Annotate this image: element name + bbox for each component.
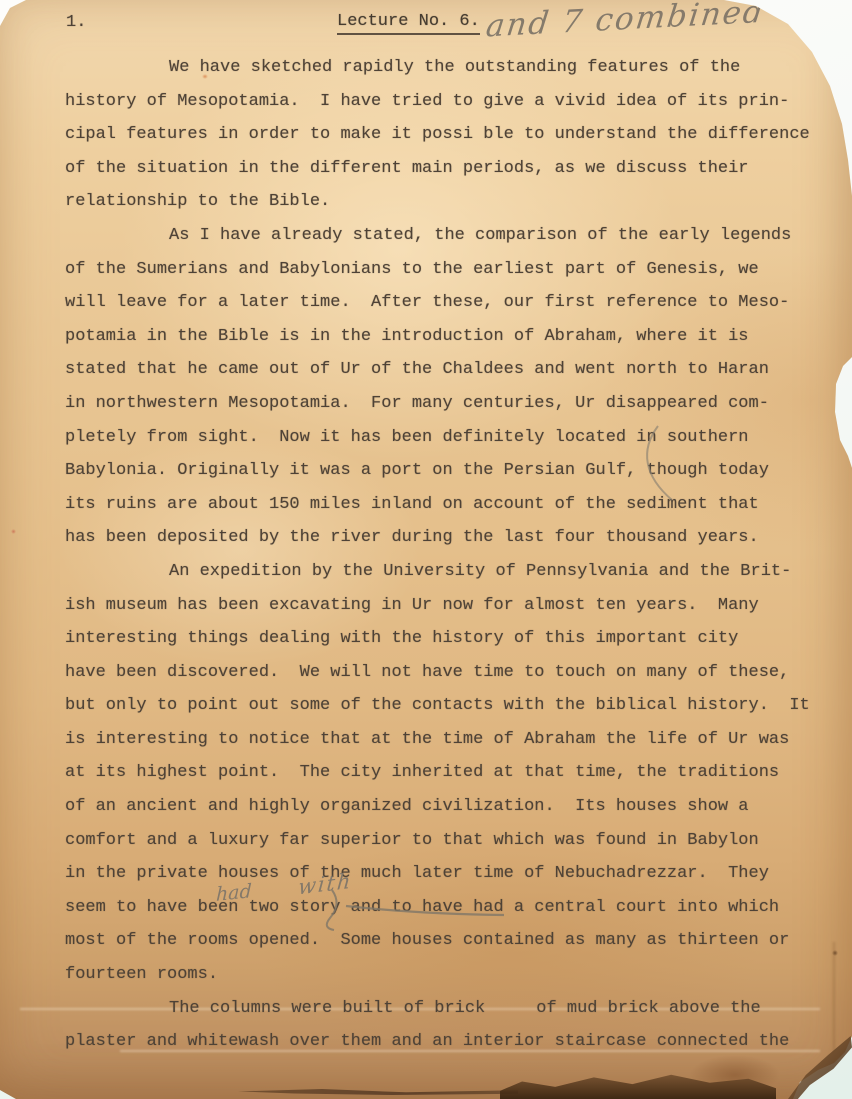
text-line: of the Sumerians and Babylonians to the … (65, 253, 835, 287)
text-line: have been discovered. We will not have t… (65, 656, 835, 690)
handwritten-title-annotation: and 7 combined (484, 0, 808, 45)
text-line: of the situation in the different main p… (65, 152, 835, 186)
page-number: 1. (66, 13, 86, 32)
text-line: has been deposited by the river during t… (65, 521, 835, 555)
text-line: ish museum has been excavating in Ur now… (65, 589, 835, 623)
text-line: will leave for a later time. After these… (65, 286, 835, 320)
text-line: history of Mesopotamia. I have tried to … (65, 85, 835, 119)
text-line: most of the rooms opened. Some houses co… (65, 924, 835, 958)
document-page: 1. Lecture No. 6. and 7 combined We have… (0, 0, 852, 1099)
text-line: fourteen rooms. (65, 958, 835, 992)
handwritten-edit-had: had (216, 880, 252, 906)
text-line: We have sketched rapidly the outstanding… (65, 51, 835, 85)
text-line: Babylonia. Originally it was a port on t… (65, 454, 835, 488)
text-line: in the private houses of the much later … (65, 857, 835, 891)
text-line: of an ancient and highly organized civil… (65, 790, 835, 824)
text-line: its ruins are about 150 miles inland on … (65, 488, 835, 522)
text-line: in northwestern Mesopotamia. For many ce… (65, 387, 835, 421)
text-line: comfort and a luxury far superior to tha… (65, 824, 835, 858)
text-line: An expedition by the University of Penns… (65, 555, 835, 589)
text-line: at its highest point. The city inherited… (65, 756, 835, 790)
text-line: As I have already stated, the comparison… (65, 219, 835, 253)
lecture-title: Lecture No. 6. (337, 12, 480, 35)
text-line: interesting things dealing with the hist… (65, 622, 835, 656)
text-line: is interesting to notice that at the tim… (65, 723, 835, 757)
text-line: potamia in the Bible is in the introduct… (65, 320, 835, 354)
text-line: seem to have been two story and to have … (65, 891, 835, 925)
text-line: The columns were built of brick of mud b… (65, 992, 835, 1026)
text-line: pletely from sight. Now it has been defi… (65, 421, 835, 455)
text-line: plaster and whitewash over them and an i… (65, 1025, 835, 1059)
scan-background: 1. Lecture No. 6. and 7 combined We have… (0, 0, 852, 1099)
text-line: but only to point out some of the contac… (65, 689, 835, 723)
typewritten-text: We have sketched rapidly the outstanding… (65, 51, 835, 1059)
text-line: relationship to the Bible. (65, 185, 835, 219)
text-line: cipal features in order to make it possi… (65, 118, 835, 152)
text-line: stated that he came out of Ur of the Cha… (65, 353, 835, 387)
